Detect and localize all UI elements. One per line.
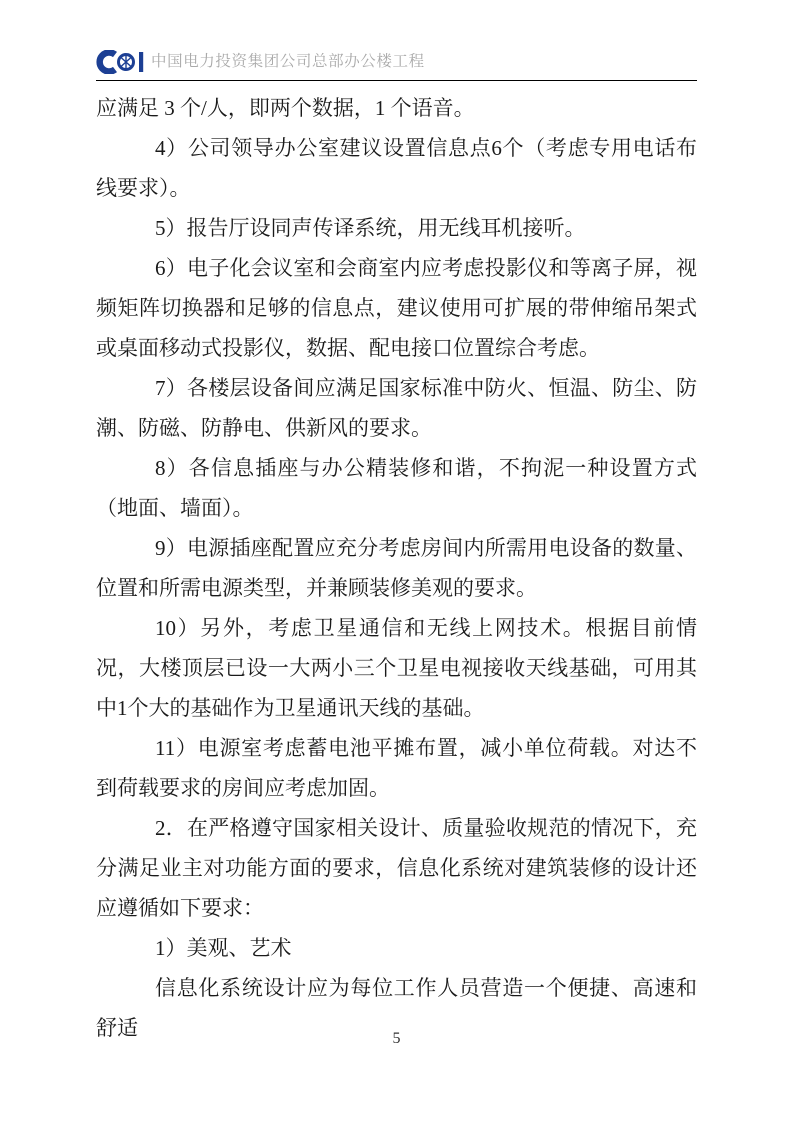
paragraph: 11）电源室考虑蓄电池平摊布置，减小单位荷载。对达不到荷载要求的房间应考虑加固。 [96, 728, 697, 808]
document-body: 应满足 3 个/人，即两个数据，1 个语音。 4）公司领导办公室建议设置信息点6… [96, 88, 697, 1048]
paragraph: 7）各楼层设备间应满足国家标准中防火、恒温、防尘、防潮、防磁、防静电、供新风的要… [96, 368, 697, 448]
header-title: 中国电力投资集团公司总部办公楼工程 [151, 50, 425, 74]
paragraph: 6）电子化会议室和会商室内应考虑投影仪和等离子屏，视频矩阵切换器和足够的信息点，… [96, 248, 697, 368]
paragraph: 1）美观、艺术 [96, 928, 697, 968]
cpi-logo-icon [96, 50, 144, 74]
page-footer: 5 [0, 1030, 793, 1048]
paragraph: 4）公司领导办公室建议设置信息点6个（考虑专用电话布线要求）。 [96, 128, 697, 208]
paragraph: 2．在严格遵守国家相关设计、质量验收规范的情况下，充分满足业主对功能方面的要求，… [96, 808, 697, 928]
paragraph: 5）报告厅设同声传译系统，用无线耳机接听。 [96, 208, 697, 248]
paragraph: 9）电源插座配置应充分考虑房间内所需用电设备的数量、位置和所需电源类型，并兼顾装… [96, 528, 697, 608]
page-header: 中国电力投资集团公司总部办公楼工程 [96, 50, 697, 81]
page-number: 5 [393, 1030, 401, 1047]
paragraph: 8）各信息插座与办公精装修和谐，不拘泥一种设置方式（地面、墙面）。 [96, 448, 697, 528]
document-page: 中国电力投资集团公司总部办公楼工程 应满足 3 个/人，即两个数据，1 个语音。… [0, 0, 793, 1122]
paragraph: 应满足 3 个/人，即两个数据，1 个语音。 [96, 88, 697, 128]
paragraph: 10）另外，考虑卫星通信和无线上网技术。根据目前情况，大楼顶层已设一大两小三个卫… [96, 608, 697, 728]
